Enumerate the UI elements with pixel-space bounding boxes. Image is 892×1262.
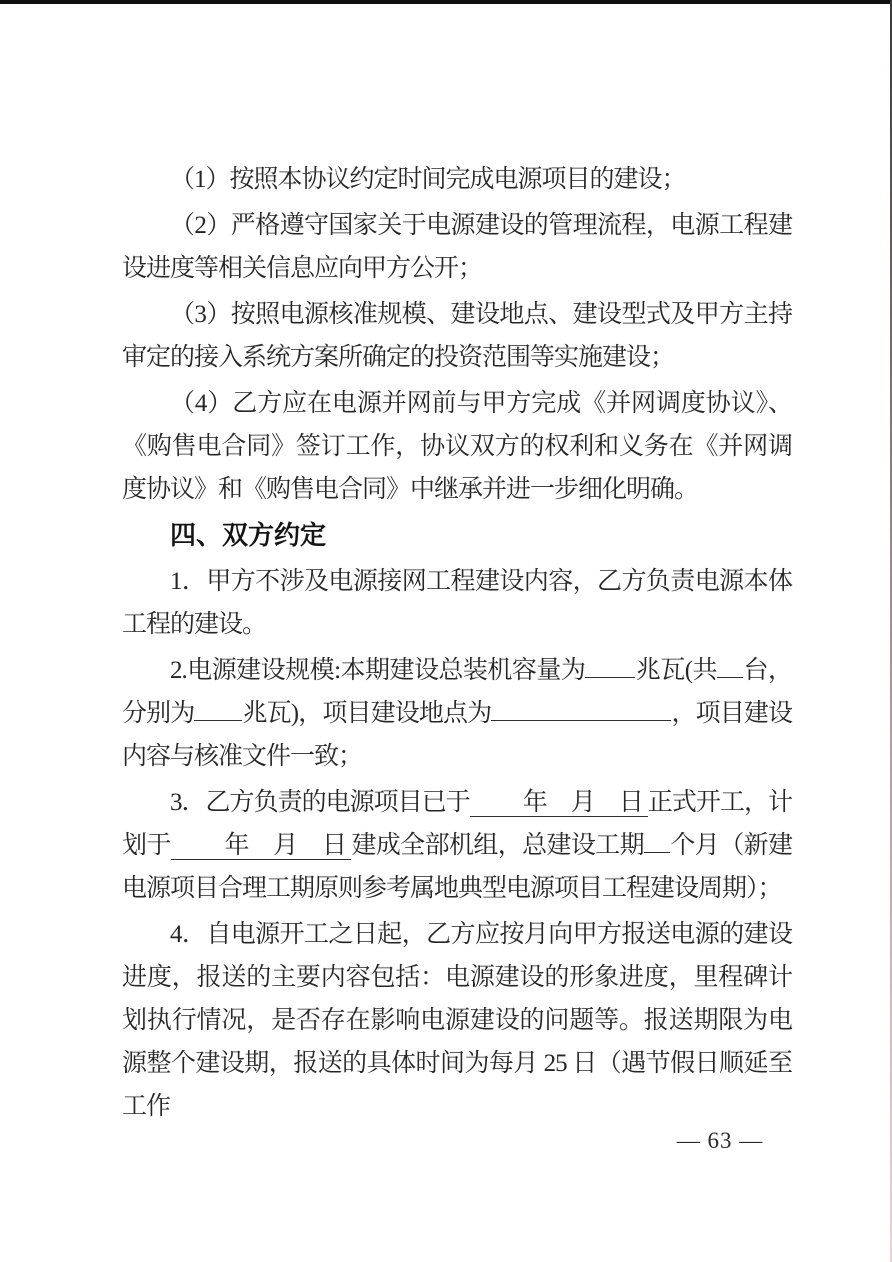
- blank-field: [717, 653, 743, 678]
- clause-1: （1）按照本协议约定时间完成电源项目的建设；: [122, 158, 792, 201]
- term-2: 2.电源建设规模:本期建设总装机容量为兆瓦(共台，分别为兆瓦)，项目建设地点为，…: [122, 649, 792, 778]
- term-4: 4．自电源开工之日起，乙方应按月向甲方报送电源的建设进度，报送的主要内容包括：电…: [122, 913, 792, 1128]
- term-3-text-c: 建成全部机组，总建设工期: [351, 832, 644, 859]
- term-2-text-d: 兆瓦)，项目建设地点为: [242, 700, 491, 727]
- section-heading: 四、双方约定: [122, 514, 792, 557]
- page-number: — 63 —: [645, 1126, 795, 1156]
- clause-4: （4）乙方应在电源并网前与甲方完成《并网调度协议》、《购售电合同》签订工作，协议…: [122, 382, 792, 511]
- document-body: （1）按照本协议约定时间完成电源项目的建设； （2）严格遵守国家关于电源建设的管…: [122, 0, 792, 1131]
- date-blank-field: 年 月 日: [171, 832, 352, 860]
- blank-field: [585, 653, 635, 678]
- term-3-text-a: 3．乙方负责的电源项目已于: [170, 789, 470, 816]
- clause-2: （2）严格遵守国家关于电源建设的管理流程，电源工程建设进度等相关信息应向甲方公开…: [122, 204, 792, 290]
- term-2-text-b: 兆瓦(共: [635, 657, 717, 684]
- blank-field: [491, 696, 671, 721]
- blank-field: [644, 828, 670, 853]
- term-3: 3．乙方负责的电源项目已于 年 月 日正式开工，计划于 年 月 日建成全部机组，…: [122, 781, 792, 910]
- term-2-text-a: 2.电源建设规模:本期建设总装机容量为: [170, 657, 585, 684]
- date-blank-field: 年 月 日: [470, 789, 648, 817]
- blank-field: [194, 696, 242, 721]
- term-1: 1．甲方不涉及电源接网工程建设内容，乙方负责电源本体工程的建设。: [122, 560, 792, 646]
- clause-3: （3）按照电源核准规模、建设地点、建设型式及甲方主持审定的接入系统方案所确定的投…: [122, 293, 792, 379]
